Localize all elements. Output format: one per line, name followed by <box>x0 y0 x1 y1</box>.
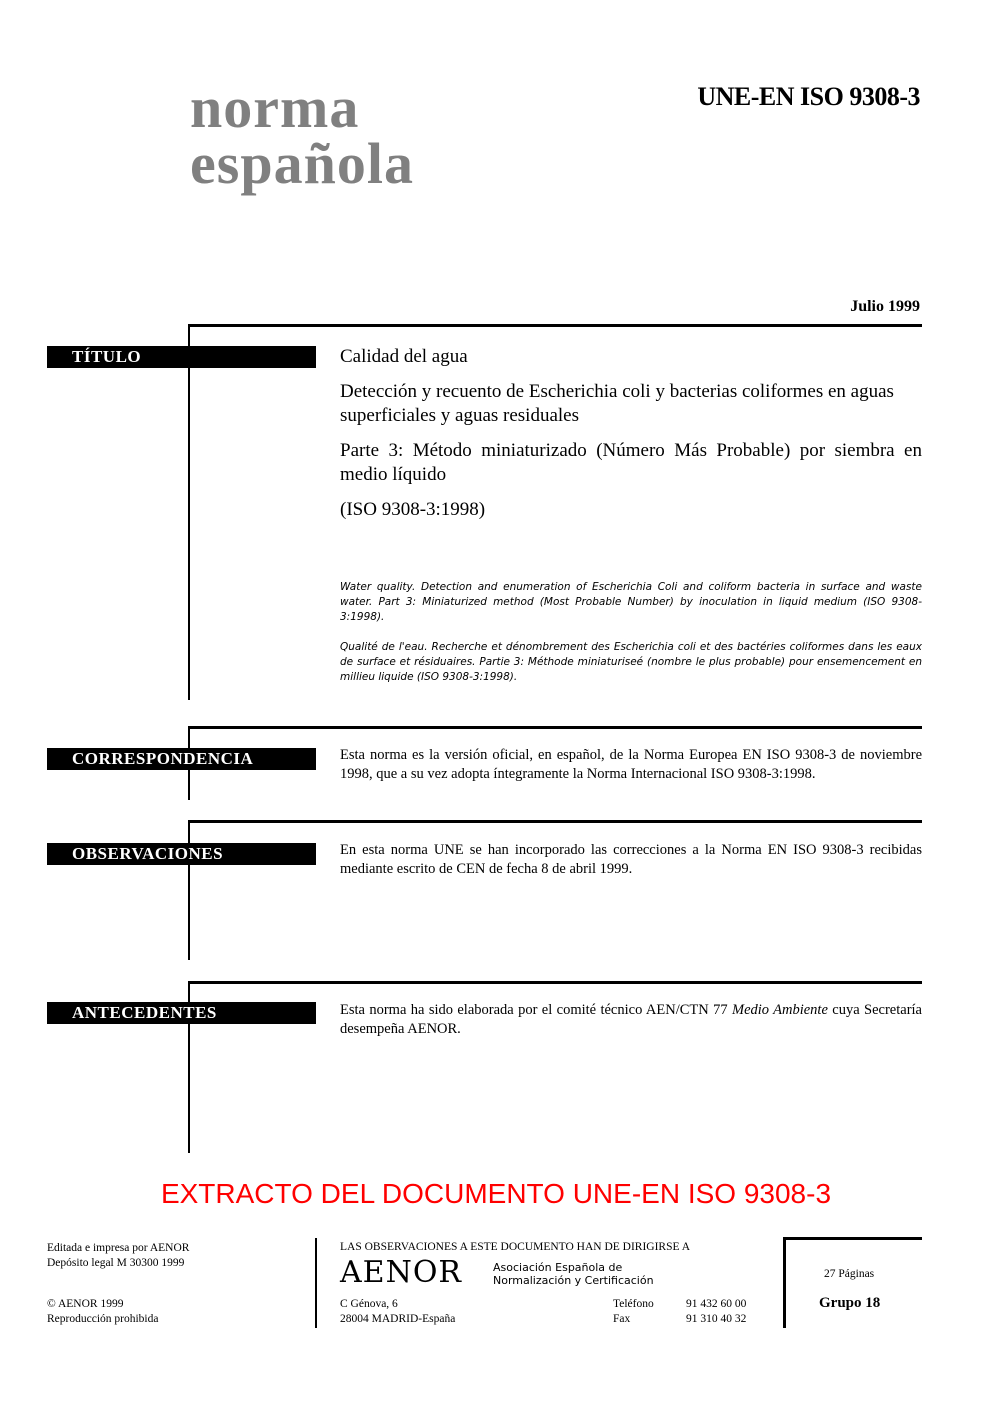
title-line-1: Calidad del agua <box>340 345 922 369</box>
translation-en: Water quality. Detection and enumeration… <box>340 580 922 625</box>
antecedentes-text: Esta norma ha sido elaborada por el comi… <box>340 1001 922 1039</box>
footer-divider <box>315 1238 317 1328</box>
address-line-1: C Génova, 6 <box>340 1297 455 1312</box>
price-group: Grupo 18 <box>819 1295 880 1312</box>
translations: Water quality. Detection and enumeration… <box>340 580 922 700</box>
standard-code: UNE-EN ISO 9308-3 <box>697 82 920 112</box>
observations-notice: LAS OBSERVACIONES A ESTE DOCUMENTO HAN D… <box>340 1240 690 1255</box>
titulo-side-rule <box>188 324 190 700</box>
edited-by: Editada e impresa por AENOR <box>47 1241 189 1256</box>
copyright: © AENOR 1999 <box>47 1297 158 1312</box>
address: C Génova, 6 28004 MADRID-España <box>340 1297 455 1327</box>
correspondencia-text: Esta norma es la versión oficial, en esp… <box>340 746 922 784</box>
observaciones-text: En esta norma UNE se han incorporado las… <box>340 841 922 879</box>
brand-line-2: española <box>190 136 414 192</box>
page-count: 27 Páginas <box>824 1267 874 1282</box>
title-line-3: Parte 3: Método miniaturizado (Número Má… <box>340 439 922 487</box>
pages-box-side-rule <box>783 1237 786 1328</box>
section-label-antecedentes: ANTECEDENTES <box>47 1002 316 1024</box>
translation-fr: Qualité de l'eau. Recherche et dénombrem… <box>340 640 922 685</box>
association-line-1: Asociación Española de <box>493 1261 654 1274</box>
aenor-logo: AENOR <box>340 1255 462 1290</box>
address-line-2: 28004 MADRID-España <box>340 1312 455 1327</box>
reproduction-notice: Reproducción prohibida <box>47 1312 158 1327</box>
phone-value: 91 432 60 00 <box>686 1297 746 1312</box>
contact-labels: Teléfono Fax <box>613 1297 654 1327</box>
legal-deposit: Depósito legal M 30300 1999 <box>47 1256 189 1271</box>
titulo-top-rule <box>188 324 922 327</box>
section-label-titulo: TÍTULO <box>47 346 316 368</box>
title-block: Calidad del agua Detección y recuento de… <box>340 345 922 533</box>
correspondencia-top-rule <box>188 726 922 729</box>
title-line-2: Detección y recuento de Escherichia coli… <box>340 380 922 428</box>
observaciones-side-rule <box>188 820 190 960</box>
brand-line-1: norma <box>190 80 414 136</box>
phone-label: Teléfono <box>613 1297 654 1312</box>
section-label-observaciones: OBSERVACIONES <box>47 843 316 865</box>
extract-watermark: EXTRACTO DEL DOCUMENTO UNE-EN ISO 9308-3 <box>0 1178 992 1210</box>
title-line-4: (ISO 9308-3:1998) <box>340 498 922 522</box>
association-line-2: Normalización y Certificación <box>493 1274 654 1287</box>
section-label-correspondencia: CORRESPONDENCIA <box>47 748 316 770</box>
contact-values: 91 432 60 00 91 310 40 32 <box>686 1297 746 1327</box>
footer-publisher-info: Editada e impresa por AENOR Depósito leg… <box>47 1241 189 1271</box>
footer-copyright: © AENOR 1999 Reproducción prohibida <box>47 1297 158 1327</box>
antecedentes-top-rule <box>188 981 922 984</box>
antecedentes-text-start: Esta norma ha sido elaborada por el comi… <box>340 1002 732 1018</box>
publication-date: Julio 1999 <box>850 298 920 316</box>
observaciones-top-rule <box>188 820 922 823</box>
fax-label: Fax <box>613 1312 654 1327</box>
fax-value: 91 310 40 32 <box>686 1312 746 1327</box>
pages-box-top-rule <box>783 1237 922 1240</box>
association-name: Asociación Española de Normalización y C… <box>493 1261 654 1287</box>
committee-name: Medio Ambiente <box>732 1002 828 1018</box>
brand-title: norma española <box>190 80 414 192</box>
